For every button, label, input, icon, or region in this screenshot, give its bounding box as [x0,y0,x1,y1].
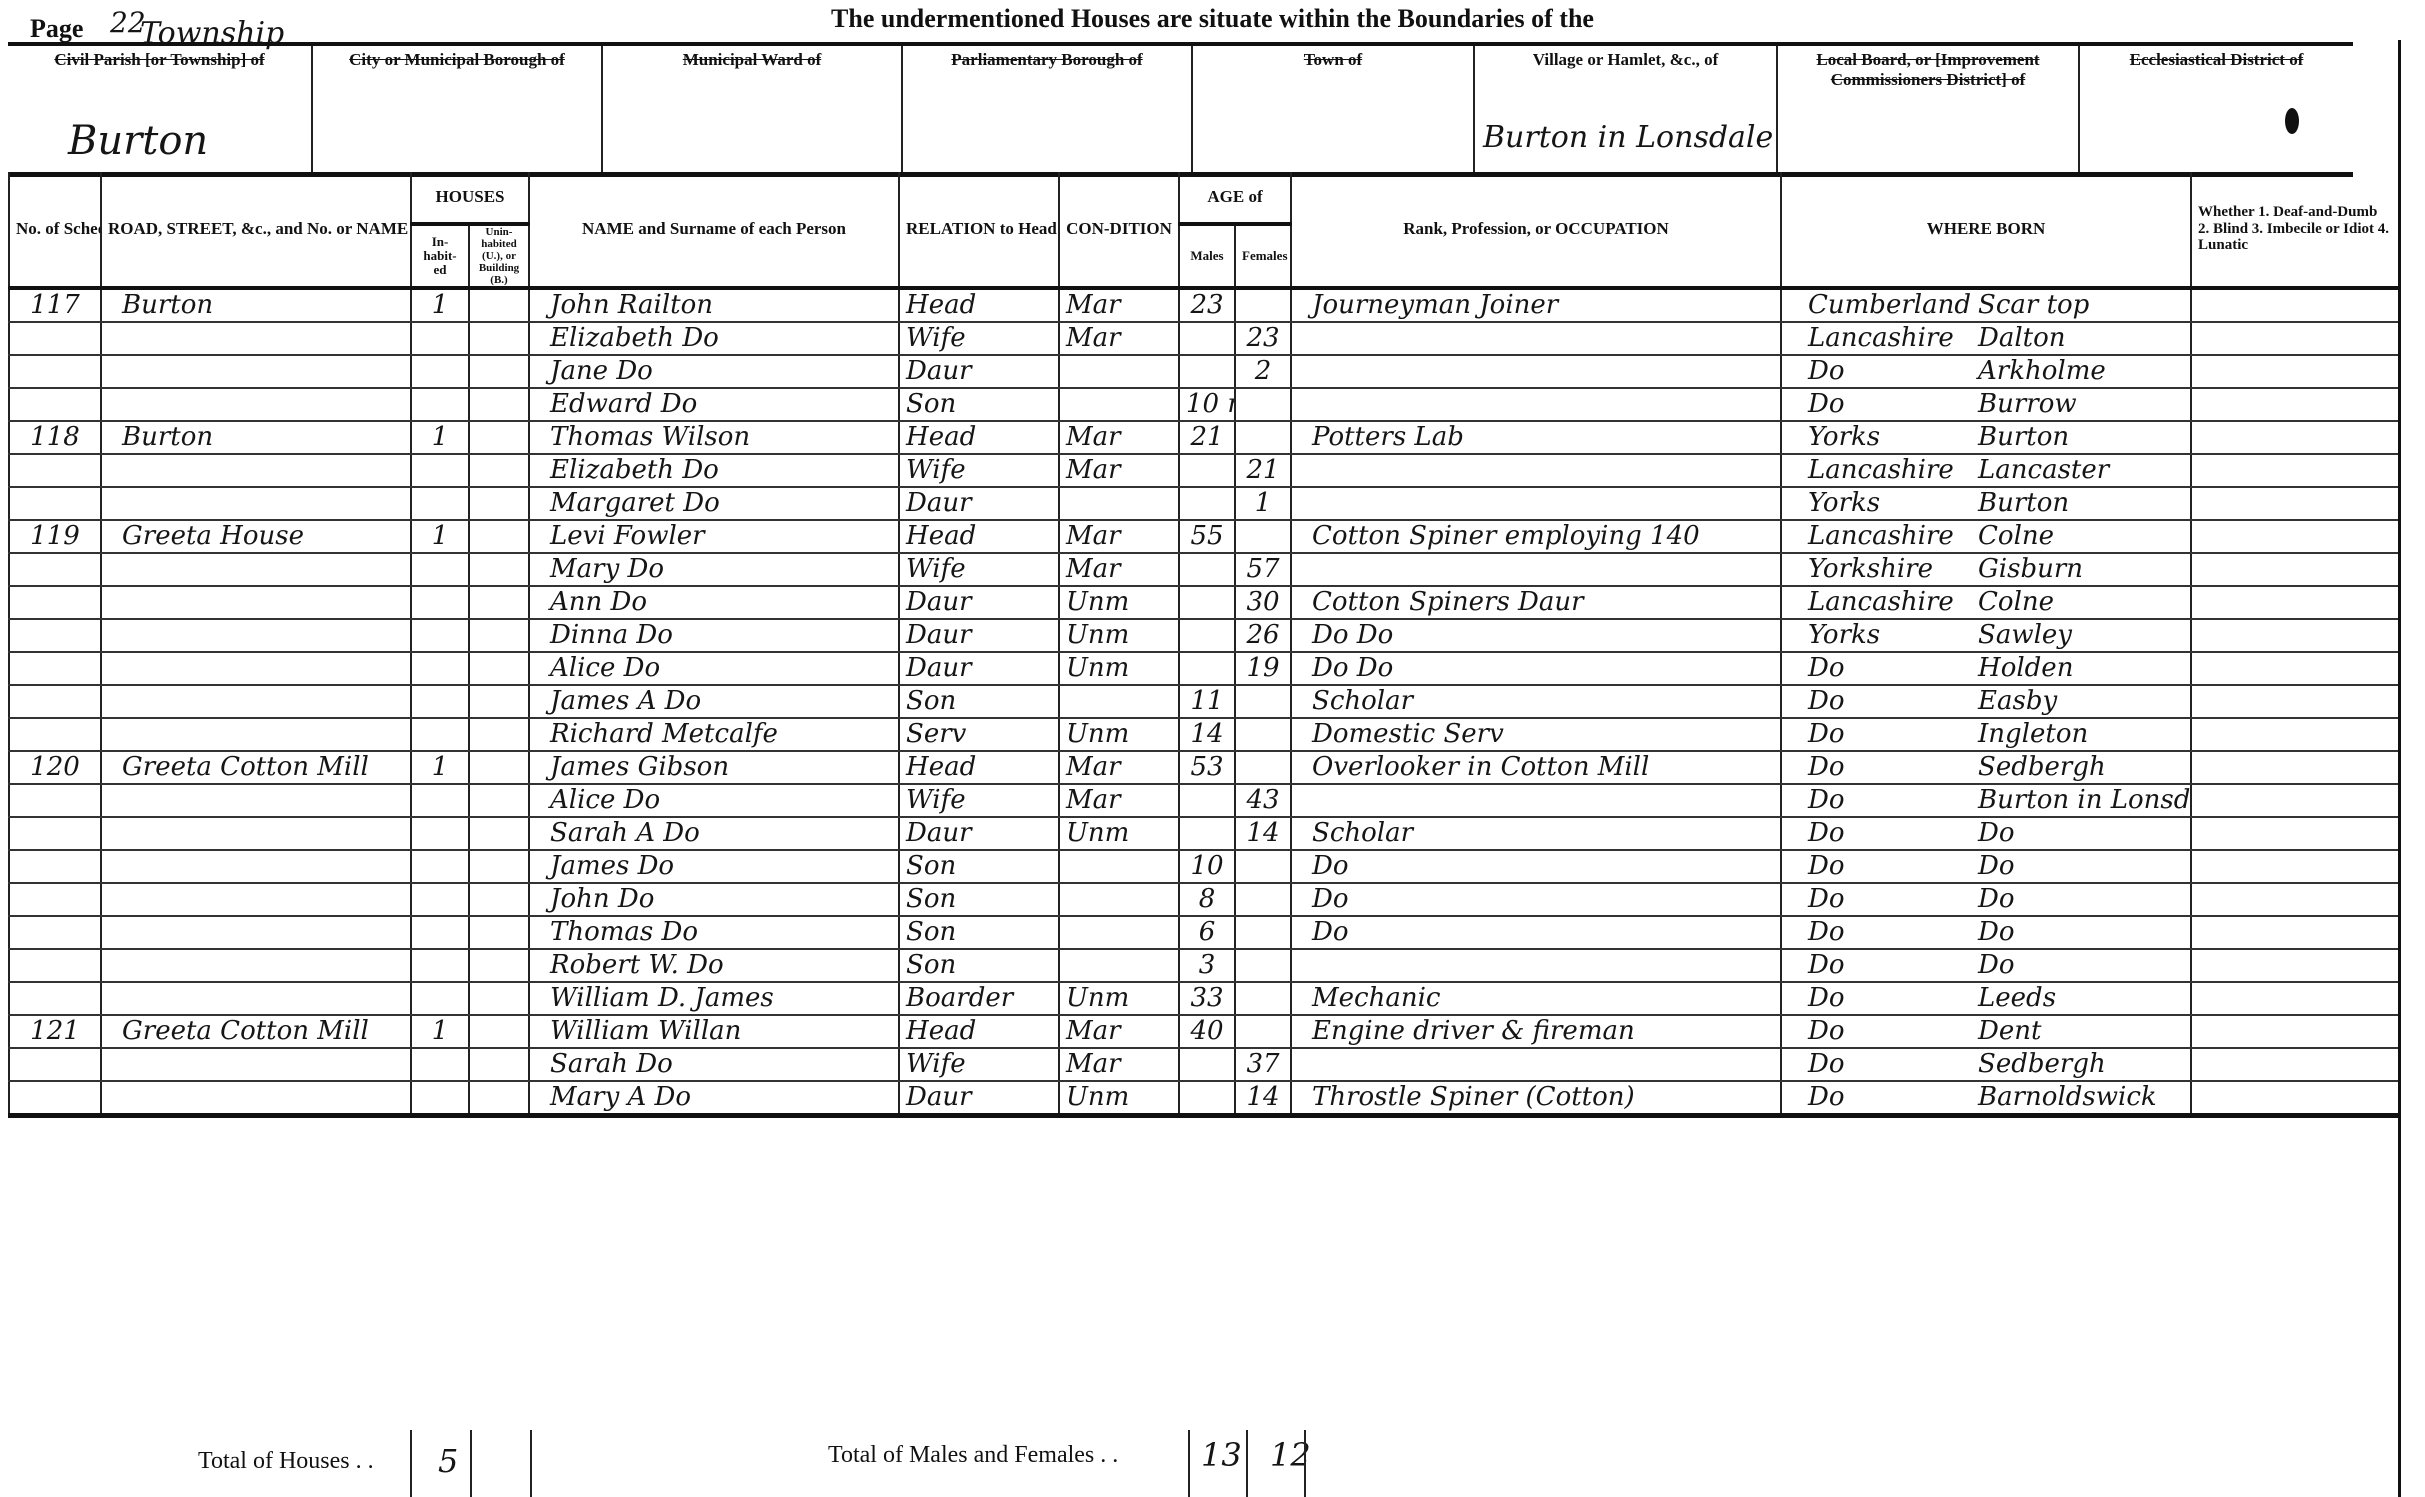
road-cell [101,1048,411,1081]
infirmity-cell [2191,288,2399,322]
relation-cell: Daur [899,619,1059,652]
road-cell [101,586,411,619]
boundary-band: Civil Parish [or Township] of Burton Cit… [8,42,2353,177]
boundary-label: Town of [1199,50,1467,70]
road-cell: Greeta Cotton Mill [101,751,411,784]
female-age-cell: 14 [1235,1081,1291,1116]
road-cell [101,784,411,817]
where-born-cell: DoDent [1781,1015,2191,1048]
occupation-cell: Journeyman Joiner [1291,288,1781,322]
table-row: Margaret DoDaur1YorksBurton [9,487,2399,520]
road-cell: Burton [101,288,411,322]
occupation-cell: Potters Lab [1291,421,1781,454]
schedule-cell: 117 [9,288,101,322]
female-age-cell [1235,718,1291,751]
female-age-cell [1235,751,1291,784]
male-age-cell: 14 [1179,718,1235,751]
uninhabited-cell [469,652,529,685]
inhabited-cell [411,784,469,817]
schedule-cell [9,982,101,1015]
uninhabited-cell [469,850,529,883]
inhabited-cell [411,949,469,982]
relation-cell: Son [899,388,1059,421]
born-county: Do [1788,851,1978,881]
inhabited-cell: 1 [411,421,469,454]
occupation-cell [1291,355,1781,388]
male-age-cell [1179,817,1235,850]
male-age-cell: 55 [1179,520,1235,553]
table-row: Edward DoSon10 mDoBurrow [9,388,2399,421]
where-born-cell: DoBurrow [1781,388,2191,421]
schedule-cell [9,1048,101,1081]
born-county: Yorks [1788,620,1978,650]
relation-cell: Wife [899,322,1059,355]
male-age-cell [1179,784,1235,817]
male-age-cell: 33 [1179,982,1235,1015]
male-age-cell [1179,487,1235,520]
road-cell [101,619,411,652]
male-age-cell [1179,1081,1235,1116]
col-inhabited: In-habit-ed [411,224,469,288]
inhabited-cell [411,982,469,1015]
schedule-cell: 120 [9,751,101,784]
infirmity-cell [2191,1081,2399,1116]
schedule-cell [9,553,101,586]
infirmity-cell [2191,355,2399,388]
relation-cell: Daur [899,355,1059,388]
where-born-cell: DoIngleton [1781,718,2191,751]
born-county: Do [1788,1049,1978,1079]
relation-cell: Serv [899,718,1059,751]
relation-cell: Wife [899,454,1059,487]
infirmity-cell [2191,784,2399,817]
inhabited-cell [411,487,469,520]
table-row: Sarah DoWifeMar37DoSedbergh [9,1048,2399,1081]
boundary-city: City or Municipal Borough of [313,46,603,172]
road-cell: Burton [101,421,411,454]
table-row: 119Greeta House1Levi FowlerHeadMar55Cott… [9,520,2399,553]
table-row: Sarah A DoDaurUnm14ScholarDoDo [9,817,2399,850]
condition-cell: Mar [1059,454,1179,487]
road-cell [101,883,411,916]
boundary-town: Town of [1193,46,1475,172]
female-age-cell [1235,520,1291,553]
born-place: Ingleton [1978,719,2088,749]
boundary-label: City or Municipal Borough of [319,50,595,70]
schedule-cell [9,685,101,718]
born-place: Scar top [1978,290,2089,320]
table-row: Richard MetcalfeServUnm14Domestic ServDo… [9,718,2399,751]
female-age-cell [1235,883,1291,916]
inhabited-cell [411,355,469,388]
boundary-civil-parish: Civil Parish [or Township] of Burton [8,46,313,172]
born-county: Do [1788,785,1978,815]
schedule-cell [9,322,101,355]
schedule-cell: 119 [9,520,101,553]
condition-cell: Mar [1059,751,1179,784]
schedule-cell [9,1081,101,1116]
born-county: Cumberland [1788,290,1978,320]
col-uninhabited: Unin-habited (U.), or Building (B.) [469,224,529,288]
male-age-cell: 21 [1179,421,1235,454]
relation-cell: Son [899,883,1059,916]
where-born-cell: YorkshireGisburn [1781,553,2191,586]
born-place: Burton in Lonsd [1978,785,2190,815]
table-row: John DoSon8DoDoDo [9,883,2399,916]
born-place: Sedbergh [1978,1049,2106,1079]
female-age-cell: 19 [1235,652,1291,685]
col-age: AGE of [1179,172,1291,224]
born-place: Arkholme [1978,356,2106,386]
inhabited-cell [411,685,469,718]
where-born-cell: DoHolden [1781,652,2191,685]
female-age-cell [1235,850,1291,883]
born-county: Do [1788,752,1978,782]
road-cell [101,1081,411,1116]
name-cell: Sarah A Do [529,817,899,850]
boundary-local-board: Local Board, or [Improvement Commissione… [1778,46,2080,172]
female-age-cell: 30 [1235,586,1291,619]
relation-cell: Son [899,949,1059,982]
occupation-cell [1291,322,1781,355]
uninhabited-cell [469,487,529,520]
born-county: Yorkshire [1788,554,1978,584]
born-county: Lancashire [1788,521,1978,551]
born-place: Burton [1978,488,2069,518]
infirmity-cell [2191,652,2399,685]
condition-cell: Mar [1059,288,1179,322]
female-age-cell: 43 [1235,784,1291,817]
male-age-cell [1179,586,1235,619]
relation-cell: Daur [899,817,1059,850]
born-county: Do [1788,1016,1978,1046]
occupation-cell: Do [1291,883,1781,916]
occupation-cell: Do [1291,916,1781,949]
relation-cell: Son [899,916,1059,949]
relation-cell: Daur [899,1081,1059,1116]
schedule-cell [9,916,101,949]
born-county: Yorks [1788,422,1978,452]
born-county: Do [1788,818,1978,848]
infirmity-cell [2191,883,2399,916]
col-males: Males [1179,224,1235,288]
inhabited-cell [411,883,469,916]
name-cell: Ann Do [529,586,899,619]
where-born-cell: CumberlandScar top [1781,288,2191,322]
male-age-cell [1179,553,1235,586]
table-row: Dinna DoDaurUnm26Do DoYorksSawley [9,619,2399,652]
occupation-cell [1291,553,1781,586]
col-name: NAME and Surname of each Person [529,172,899,288]
female-age-cell [1235,949,1291,982]
occupation-cell: Cotton Spiner employing 140 [1291,520,1781,553]
born-place: Do [1978,851,2015,881]
table-row: 120Greeta Cotton Mill1James GibsonHeadMa… [9,751,2399,784]
male-age-cell [1179,652,1235,685]
road-cell [101,949,411,982]
table-row: Ann DoDaurUnm30Cotton Spiners DaurLancas… [9,586,2399,619]
table-row: Alice DoWifeMar43DoBurton in Lonsd [9,784,2399,817]
relation-cell: Head [899,520,1059,553]
name-cell: Alice Do [529,784,899,817]
condition-cell [1059,883,1179,916]
schedule-cell [9,388,101,421]
occupation-cell: Do Do [1291,652,1781,685]
relation-cell: Daur [899,652,1059,685]
male-age-cell [1179,454,1235,487]
schedule-cell: 118 [9,421,101,454]
female-age-cell: 1 [1235,487,1291,520]
infirmity-cell [2191,388,2399,421]
total-persons-label: Total of Males and Females . . [828,1442,1118,1469]
schedule-cell [9,652,101,685]
table-row: William D. JamesBoarderUnm33MechanicDoLe… [9,982,2399,1015]
relation-cell: Head [899,751,1059,784]
total-houses-value: 5 [438,1442,458,1480]
where-born-cell: LancashireDalton [1781,322,2191,355]
uninhabited-cell [469,288,529,322]
boundary-label: Parliamentary Borough of [909,50,1185,70]
uninhabited-cell [469,784,529,817]
where-born-cell: DoDo [1781,883,2191,916]
where-born-cell: DoArkholme [1781,355,2191,388]
road-cell [101,982,411,1015]
born-place: Sedbergh [1978,752,2106,782]
born-place: Do [1978,950,2015,980]
where-born-cell: DoBurton in Lonsd [1781,784,2191,817]
born-county: Do [1788,983,1978,1013]
where-born-cell: DoDo [1781,850,2191,883]
col-condition: CON-DITION [1059,172,1179,288]
born-place: Colne [1978,587,2054,617]
total-houses-label: Total of Houses . . [198,1448,374,1475]
relation-cell: Daur [899,487,1059,520]
male-age-cell: 10 m [1179,388,1235,421]
inhabited-cell: 1 [411,1015,469,1048]
born-place: Do [1978,884,2015,914]
frame-border [2398,40,2401,1497]
inhabited-cell [411,652,469,685]
road-cell [101,355,411,388]
inhabited-cell: 1 [411,520,469,553]
condition-cell: Unm [1059,586,1179,619]
boundary-label: Ecclesiastical District of [2086,50,2347,70]
inhabited-cell [411,718,469,751]
born-county: Do [1788,1082,1978,1112]
col-infirmity: Whether 1. Deaf-and-Dumb 2. Blind 3. Imb… [2191,172,2399,288]
col-relation: RELATION to Head of Family [899,172,1059,288]
condition-cell: Mar [1059,1048,1179,1081]
infirmity-cell [2191,1048,2399,1081]
born-place: Burton [1978,422,2069,452]
male-age-cell: 3 [1179,949,1235,982]
male-age-cell: 53 [1179,751,1235,784]
name-cell: John Do [529,883,899,916]
born-place: Colne [1978,521,2054,551]
condition-cell [1059,388,1179,421]
name-cell: Richard Metcalfe [529,718,899,751]
boundary-parliamentary: Parliamentary Borough of [903,46,1193,172]
born-county: Do [1788,719,1978,749]
born-county: Do [1788,950,1978,980]
inhabited-cell [411,916,469,949]
born-place: Sawley [1978,620,2072,650]
col-females: Females [1235,224,1291,288]
occupation-cell: Do [1291,850,1781,883]
schedule-cell [9,784,101,817]
born-county: Do [1788,884,1978,914]
relation-cell: Head [899,421,1059,454]
male-age-cell: 10 [1179,850,1235,883]
condition-cell [1059,685,1179,718]
uninhabited-cell [469,685,529,718]
occupation-cell [1291,487,1781,520]
condition-cell: Unm [1059,619,1179,652]
condition-cell: Mar [1059,520,1179,553]
inhabited-cell [411,817,469,850]
born-place: Holden [1978,653,2073,683]
infirmity-cell [2191,454,2399,487]
born-county: Do [1788,686,1978,716]
relation-cell: Head [899,1015,1059,1048]
road-cell [101,817,411,850]
totals-divider [470,1430,472,1497]
condition-cell: Mar [1059,322,1179,355]
born-place: Do [1978,917,2015,947]
boundary-label: Village or Hamlet, &c., of [1481,50,1770,70]
uninhabited-cell [469,751,529,784]
where-born-cell: LancashireColne [1781,520,2191,553]
female-age-cell: 21 [1235,454,1291,487]
col-schedule: No. of Schedule [9,172,101,288]
male-age-cell: 11 [1179,685,1235,718]
condition-cell [1059,949,1179,982]
table-row: Mary DoWifeMar57YorkshireGisburn [9,553,2399,586]
infirmity-cell [2191,916,2399,949]
infirmity-cell [2191,817,2399,850]
relation-cell: Wife [899,553,1059,586]
born-place: Lancaster [1978,455,2109,485]
table-row: Jane DoDaur2DoArkholme [9,355,2399,388]
name-cell: Mary Do [529,553,899,586]
infirmity-cell [2191,619,2399,652]
condition-cell: Mar [1059,553,1179,586]
where-born-cell: DoSedbergh [1781,751,2191,784]
road-cell [101,487,411,520]
infirmity-cell [2191,553,2399,586]
where-born-cell: DoEasby [1781,685,2191,718]
name-cell: William D. James [529,982,899,1015]
col-where-born: WHERE BORN [1781,172,2191,288]
where-born-cell: DoBarnoldswick [1781,1081,2191,1116]
occupation-cell: Do Do [1291,619,1781,652]
born-place: Easby [1978,686,2057,716]
road-cell [101,652,411,685]
female-age-cell [1235,982,1291,1015]
female-age-cell [1235,421,1291,454]
uninhabited-cell [469,1015,529,1048]
where-born-cell: YorksBurton [1781,421,2191,454]
where-born-cell: LancashireLancaster [1781,454,2191,487]
relation-cell: Boarder [899,982,1059,1015]
name-cell: Edward Do [529,388,899,421]
name-cell: James Do [529,850,899,883]
occupation-cell [1291,454,1781,487]
boundary-label: Local Board, or [Improvement Commissione… [1784,50,2072,89]
totals-divider [1304,1430,1306,1497]
inhabited-cell [411,553,469,586]
condition-cell: Unm [1059,1081,1179,1116]
male-age-cell [1179,322,1235,355]
female-age-cell: 23 [1235,322,1291,355]
occupation-cell: Mechanic [1291,982,1781,1015]
name-cell: Alice Do [529,652,899,685]
uninhabited-cell [469,553,529,586]
where-born-cell: DoDo [1781,817,2191,850]
inhabited-cell [411,388,469,421]
relation-cell: Head [899,288,1059,322]
infirmity-cell [2191,487,2399,520]
name-cell: Dinna Do [529,619,899,652]
male-age-cell: 40 [1179,1015,1235,1048]
condition-cell: Unm [1059,652,1179,685]
condition-cell: Mar [1059,1015,1179,1048]
born-county: Lancashire [1788,587,1978,617]
uninhabited-cell [469,883,529,916]
male-age-cell: 23 [1179,288,1235,322]
boundary-value: Burton [68,118,208,164]
inhabited-cell [411,850,469,883]
name-cell: Jane Do [529,355,899,388]
name-cell: William Willan [529,1015,899,1048]
table-row: Mary A DoDaurUnm14Throstle Spiner (Cotto… [9,1081,2399,1116]
born-place: Burrow [1978,389,2077,419]
infirmity-cell [2191,982,2399,1015]
schedule-cell [9,850,101,883]
occupation-cell [1291,949,1781,982]
condition-cell: Unm [1059,718,1179,751]
born-county: Yorks [1788,488,1978,518]
schedule-cell [9,949,101,982]
uninhabited-cell [469,982,529,1015]
infirmity-cell [2191,949,2399,982]
schedule-cell [9,817,101,850]
condition-cell: Unm [1059,817,1179,850]
relation-cell: Wife [899,784,1059,817]
name-cell: Levi Fowler [529,520,899,553]
born-county: Do [1788,389,1978,419]
road-cell [101,916,411,949]
totals-divider [530,1430,532,1497]
born-place: Leeds [1978,983,2056,1013]
infirmity-cell [2191,850,2399,883]
schedule-cell: 121 [9,1015,101,1048]
table-row: Elizabeth DoWifeMar23LancashireDalton [9,322,2399,355]
total-males-value: 13 [1201,1436,1242,1474]
name-cell: John Railton [529,288,899,322]
condition-cell [1059,916,1179,949]
totals-divider [410,1430,412,1497]
uninhabited-cell [469,388,529,421]
uninhabited-cell [469,322,529,355]
occupation-cell [1291,388,1781,421]
uninhabited-cell [469,1048,529,1081]
col-road: ROAD, STREET, &c., and No. or NAME of HO… [101,172,411,288]
born-county: Do [1788,356,1978,386]
main-heading: The undermentioned Houses are situate wi… [0,4,2425,34]
inhabited-cell [411,454,469,487]
name-cell: Sarah Do [529,1048,899,1081]
